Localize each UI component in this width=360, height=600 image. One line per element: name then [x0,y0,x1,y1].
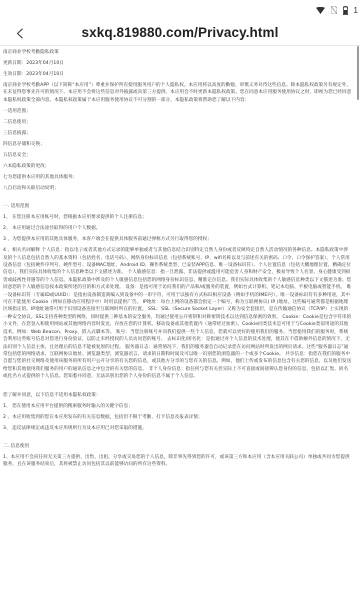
battery-level-text: 1 [354,6,358,15]
toc-item: 五信息安全； [3,152,352,159]
doc-heading: 南京商业学校考勤隐私政策 [3,49,352,56]
exclusions-title: 您了解并同意，以下信息不适用本隐私权政策： [3,392,352,399]
section-title: 一. 适用范围 [3,203,352,210]
doc-intro: 南京商业学校考勤APP（以下简称“本应用”）尊重并保护所有使用服务用户的个人隐私… [3,82,352,104]
section-item: 4 、相关名词解释 个人信息：指以电子或者其他方式记录的能够单独或者与其他信息结… [3,247,352,380]
page-url-title: sxkq.819880.com/Privacy.html [0,25,360,40]
toc-item: 七为您提供本应用的其他具体服务； [3,174,352,181]
toc-item: 二信息使用； [3,119,352,126]
toc-item: 六本隐私政策的更改； [3,163,352,170]
section-title: 二. 信息使用 [3,443,352,450]
toc-item: 三信息披露； [3,130,352,137]
toc-item: 一适用范围； [3,108,352,115]
exclusion-item: 1、 您在使用本应用平台提供的搜索服务时输入的关键字信息； [3,403,352,410]
exclusion-item: 3、 违反法律规定或违反本应用规则行为及本应用已对您采取的措施。 [3,425,352,432]
exclusion-item: 2 、本应用收集到的您在本应用发布的有关信息数据，包括但不限于考勤、打卡信息及报… [3,414,352,421]
scrollbar[interactable] [357,46,359,100]
toc-item: 四信息存储和交换； [3,141,352,148]
section-item: 3 、为您提供本应用的其他具体服务，本客户端会在提供具体服务前通过弹框方式另行取… [3,236,352,243]
battery-icon [343,6,348,15]
back-button[interactable] [10,23,30,43]
chevron-left-icon [16,28,24,39]
toc-item: 八自启动和关联启动说明； [3,185,352,192]
section-item: 2、 本应用通过合法途径取得的用户个人数据。 [3,225,352,232]
doc-effective-date: 生效日期：2023年04月10日 [3,71,352,78]
wifi-icon [316,7,325,14]
no-sim-icon [331,6,337,14]
section-item: 1、本应用不会向任何无关第三方提供、出售、出租、分享或交易您的个人信息，除非事先… [3,454,352,469]
web-content[interactable]: 南京商业学校考勤隐私政策 更新日期：2023年04月10日 生效日期：2023年… [0,46,356,600]
section-item: 1、 在您注册本应用帐号时，您根据本应用要求提供的个人注册信息； [3,214,352,221]
status-bar: 1 [0,0,360,20]
app-bar: sxkq.819880.com/Privacy.html [0,20,360,45]
doc-updated-date: 更新日期：2023年04月10日 [3,60,352,67]
